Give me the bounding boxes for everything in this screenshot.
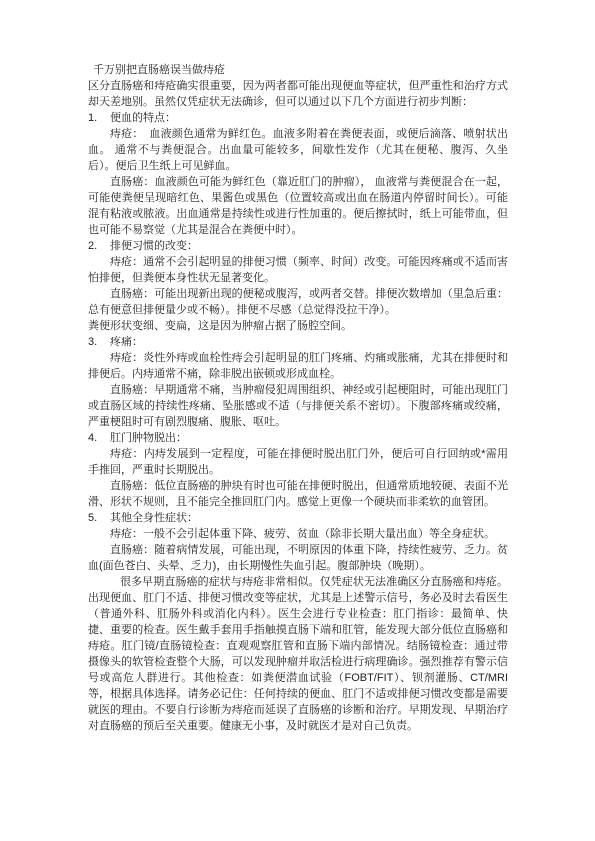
section-heading-text: 便血的特点： <box>110 110 508 126</box>
closing-paragraph: 很多早期直肠癌的症状与痔疮非常相似。仅凭症状无法准确区分直肠癌和痔疮。出现便血、… <box>88 574 508 734</box>
section-3-heading: 3. 疼痛： <box>88 334 508 350</box>
section-2: 2. 排便习惯的改变： 痔疮：通常不会引起明显的排便习惯（频率、时间）改变。可能… <box>88 238 508 334</box>
list-number: 1. <box>88 110 110 126</box>
section-2-heading: 2. 排便习惯的改变： <box>88 238 508 254</box>
document-title: 千万别把直肠癌误当做痔疮 <box>88 62 508 78</box>
paragraph-hemorrhoid: 痔疮：内痔发展到一定程度，可能在排便时脱出肛门外，便后可自行回纳或*需用手推回，… <box>88 446 508 478</box>
list-number: 3. <box>88 334 110 350</box>
paragraph-hemorrhoid: 痔疮：炎性外痔或血栓性痔会引起明显的肛门疼痛、灼痛或胀痛，尤其在排便时和排便后。… <box>88 350 508 382</box>
section-heading-text: 疼痛： <box>110 334 508 350</box>
section-4-heading: 4. 肛门肿物脱出： <box>88 430 508 446</box>
paragraph-hemorrhoid: 痔疮：一般不会引起体重下降、疲劳、贫血（除非长期大量出血）等全身症状。 <box>88 526 508 542</box>
paragraph-cancer: 直肠癌：可能出现新出现的便秘或腹泻，或两者交替。排便次数增加（里急后重：总有便意… <box>88 286 508 318</box>
section-3: 3. 疼痛： 痔疮：炎性外痔或血栓性痔会引起明显的肛门疼痛、灼痛或胀痛，尤其在排… <box>88 334 508 430</box>
paragraph-hemorrhoid: 痔疮：通常不会引起明显的排便习惯（频率、时间）改变。可能因疼痛或不适而害怕排便，… <box>88 254 508 286</box>
section-heading-text: 肛门肿物脱出： <box>110 430 508 446</box>
section-1-heading: 1. 便血的特点： <box>88 110 508 126</box>
list-number: 2. <box>88 238 110 254</box>
list-number: 4. <box>88 430 110 446</box>
paragraph-hemorrhoid: 痔疮： 血液颜色通常为鲜红色。血液多附着在粪便表面，或便后滴落、喷射状出血。 通… <box>88 126 508 174</box>
paragraph-cancer: 直肠癌：低位直肠癌的肿块有时也可能在排便时脱出，但通常质地较硬、表面不光滑、形状… <box>88 478 508 510</box>
section-5-heading: 5. 其他全身性症状： <box>88 510 508 526</box>
section-heading-text: 其他全身性症状： <box>110 510 508 526</box>
paragraph-cancer: 直肠癌：早期通常不痛，当肿瘤侵犯周围组织、神经或引起梗阻时，可能出现肛门或直肠区… <box>88 382 508 430</box>
list-number: 5. <box>88 510 110 526</box>
paragraph-note: 粪便形状变细、变扁，这是因为肿瘤占据了肠腔空间。 <box>88 318 508 334</box>
paragraph-cancer: 直肠癌：随着病情发展，可能出现，不明原因的体重下降，持续性疲劳、乏力。贫血(面色… <box>88 542 508 574</box>
section-heading-text: 排便习惯的改变： <box>110 238 508 254</box>
section-1: 1. 便血的特点： 痔疮： 血液颜色通常为鲜红色。血液多附着在粪便表面，或便后滴… <box>88 110 508 238</box>
section-4: 4. 肛门肿物脱出： 痔疮：内痔发展到一定程度，可能在排便时脱出肛门外，便后可自… <box>88 430 508 510</box>
intro-paragraph: 区分直肠癌和痔疮确实很重要，因为两者都可能出现便血等症状，但严重性和治疗方式却天… <box>88 78 508 110</box>
section-5: 5. 其他全身性症状： 痔疮：一般不会引起体重下降、疲劳、贫血（除非长期大量出血… <box>88 510 508 574</box>
paragraph-cancer: 直肠癌：血液颜色可能为鲜红色（靠近肛门的肿瘤）， 血液常与粪便混合在一起，可能使… <box>88 174 508 238</box>
document-page: 千万别把直肠癌误当做痔疮 区分直肠癌和痔疮确实很重要，因为两者都可能出现便血等症… <box>0 0 595 841</box>
